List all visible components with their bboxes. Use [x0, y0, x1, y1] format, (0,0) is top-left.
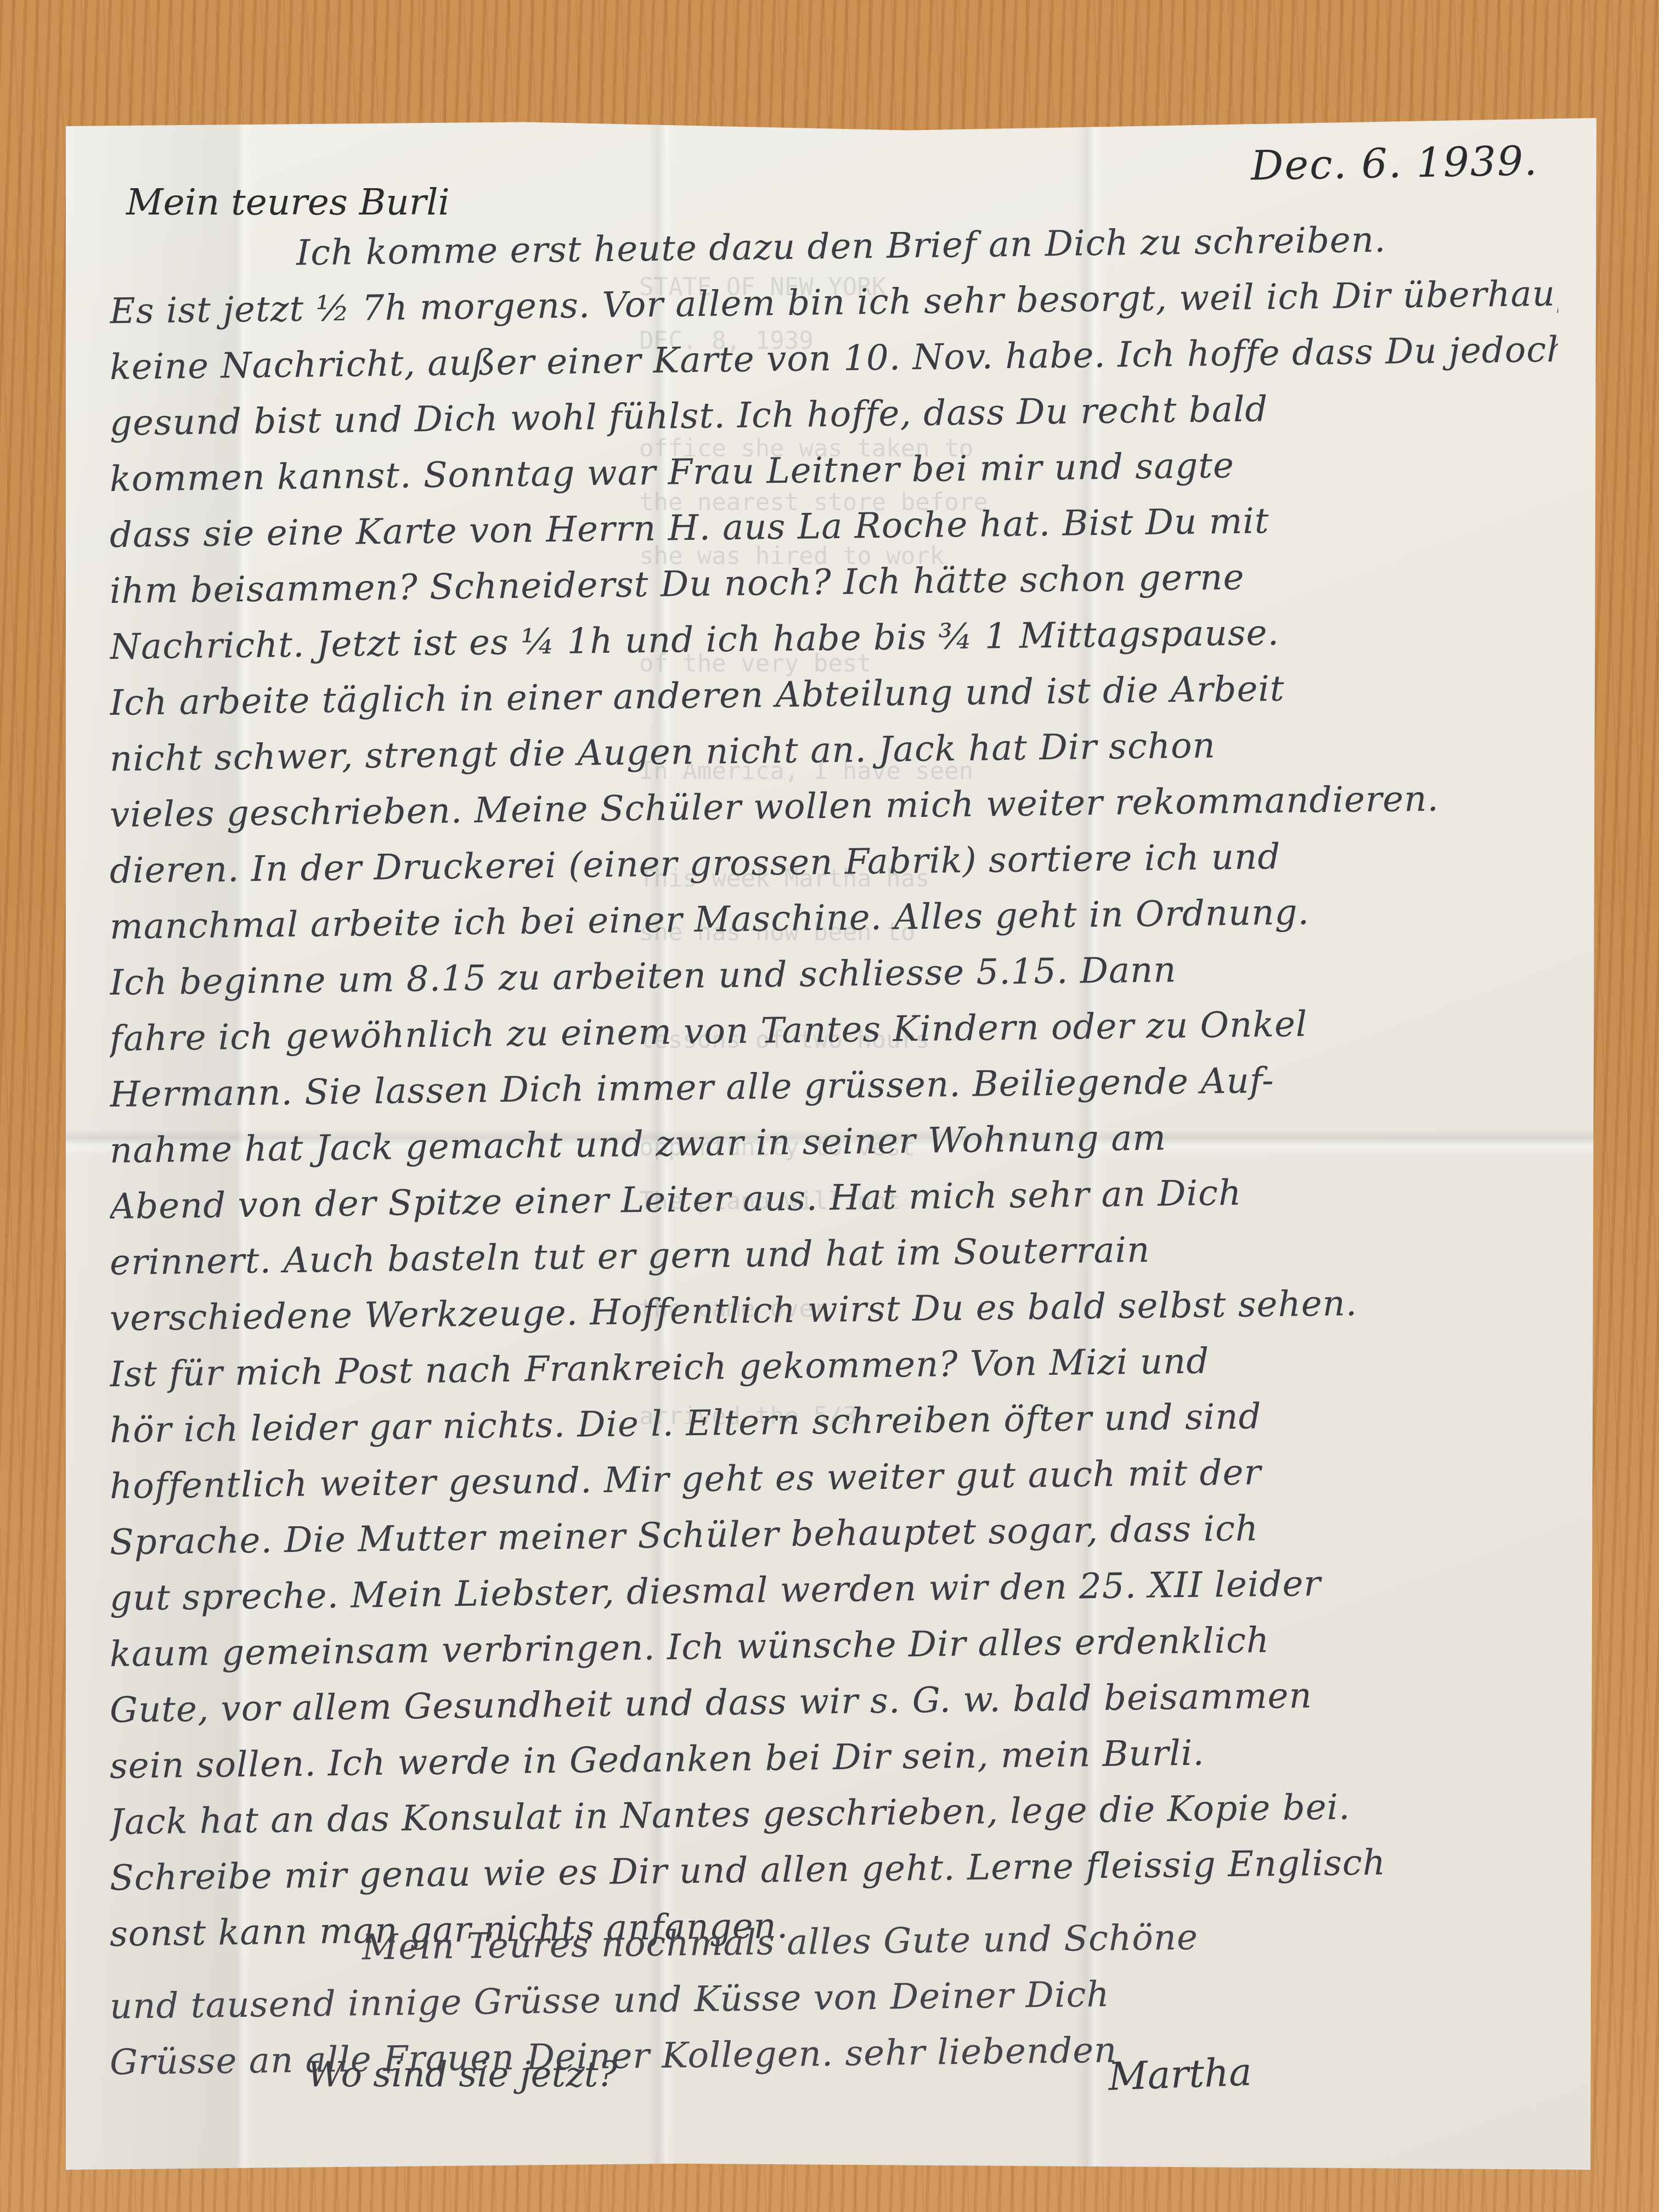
letter-salutation: Mein teures Burli	[126, 181, 450, 223]
letter-date: Dec. 6. 1939.	[1250, 137, 1538, 189]
letter-postscript: Wo sind sie jetzt?	[307, 2055, 617, 2095]
letter-signature: Martha	[1108, 2049, 1253, 2099]
letter-body: Ich komme erst heute dazu den Brief an D…	[110, 228, 1558, 1962]
letter-sheet: STATE OF NEW YORK DEC. 8, 1939 office sh…	[66, 118, 1596, 2170]
